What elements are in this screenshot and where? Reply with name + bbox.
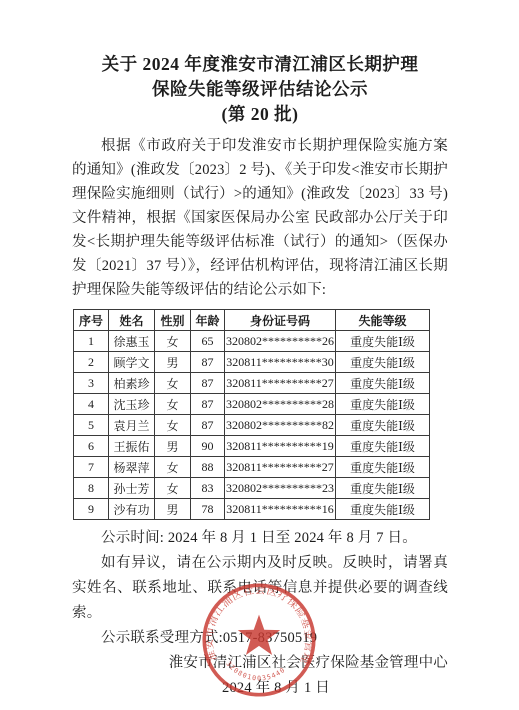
cell-level: 重度失能Ⅰ级 <box>336 436 430 457</box>
cell-level: 重度失能Ⅰ级 <box>336 478 430 499</box>
cell-name: 袁月兰 <box>109 415 155 436</box>
table-row: 2 顾学文 男 87 320811**********30 重度失能Ⅰ级 <box>74 352 430 373</box>
cell-level: 重度失能Ⅰ级 <box>336 373 430 394</box>
cell-seq: 9 <box>74 499 109 520</box>
header-level: 失能等级 <box>336 310 430 331</box>
cell-id: 320802**********82 <box>225 415 336 436</box>
objection-paragraph: 如有异议，请在公示期内及时反映。反映时，请署真实姓名、联系地址、联系电话等信息并… <box>72 551 448 626</box>
document-title: 关于 2024 年度淮安市清江浦区长期护理 保险失能等级评估结论公示 (第 20… <box>72 52 448 127</box>
document-page: 关于 2024 年度淮安市清江浦区长期护理 保险失能等级评估结论公示 (第 20… <box>0 0 519 710</box>
cell-age: 90 <box>191 436 225 457</box>
cell-id: 320811**********19 <box>225 436 336 457</box>
cell-seq: 1 <box>74 331 109 352</box>
cell-name: 孙士芳 <box>109 478 155 499</box>
cell-id: 320811**********30 <box>225 352 336 373</box>
cell-name: 沙有功 <box>109 499 155 520</box>
header-name: 姓名 <box>109 310 155 331</box>
cell-name: 沈玉珍 <box>109 394 155 415</box>
header-seq: 序号 <box>74 310 109 331</box>
table-row: 6 王振佑 男 90 320811**********19 重度失能Ⅰ级 <box>74 436 430 457</box>
cell-gender: 女 <box>155 331 191 352</box>
cell-age: 87 <box>191 373 225 394</box>
cell-gender: 女 <box>155 457 191 478</box>
table-row: 5 袁月兰 女 87 320802**********82 重度失能Ⅰ级 <box>74 415 430 436</box>
contact-line: 公示联系受理方式:0517-83750519 <box>72 626 448 651</box>
header-gender: 性别 <box>155 310 191 331</box>
cell-gender: 男 <box>155 499 191 520</box>
table-row: 7 杨翠萍 女 88 320811**********27 重度失能Ⅰ级 <box>74 457 430 478</box>
cell-id: 320802**********26 <box>225 331 336 352</box>
cell-seq: 8 <box>74 478 109 499</box>
cell-level: 重度失能Ⅰ级 <box>336 415 430 436</box>
cell-gender: 男 <box>155 436 191 457</box>
cell-id: 320802**********23 <box>225 478 336 499</box>
table-row: 4 沈玉珍 女 87 320802**********28 重度失能Ⅰ级 <box>74 394 430 415</box>
cell-gender: 女 <box>155 394 191 415</box>
cell-age: 87 <box>191 352 225 373</box>
cell-gender: 女 <box>155 478 191 499</box>
cell-seq: 6 <box>74 436 109 457</box>
cell-name: 王振佑 <box>109 436 155 457</box>
cell-gender: 女 <box>155 415 191 436</box>
cell-id: 320811**********16 <box>225 499 336 520</box>
header-id: 身份证号码 <box>225 310 336 331</box>
cell-seq: 7 <box>74 457 109 478</box>
table-header-row: 序号 姓名 性别 年龄 身份证号码 失能等级 <box>74 310 430 331</box>
intro-paragraph: 根据《市政府关于印发淮安市长期护理保险实施方案的通知》(淮政发〔2023〕2 号… <box>72 134 448 302</box>
cell-age: 87 <box>191 394 225 415</box>
cell-name: 杨翠萍 <box>109 457 155 478</box>
cell-level: 重度失能Ⅰ级 <box>336 499 430 520</box>
cell-age: 78 <box>191 499 225 520</box>
cell-name: 徐惠玉 <box>109 331 155 352</box>
cell-name: 顾学文 <box>109 352 155 373</box>
header-age: 年龄 <box>191 310 225 331</box>
table-row: 1 徐惠玉 女 65 320802**********26 重度失能Ⅰ级 <box>74 331 430 352</box>
title-line-3: (第 20 批) <box>72 102 448 127</box>
cell-level: 重度失能Ⅰ级 <box>336 331 430 352</box>
cell-name: 柏素珍 <box>109 373 155 394</box>
cell-age: 65 <box>191 331 225 352</box>
cell-age: 88 <box>191 457 225 478</box>
table-row: 3 柏素珍 女 87 320811**********27 重度失能Ⅰ级 <box>74 373 430 394</box>
cell-id: 320811**********27 <box>225 373 336 394</box>
cell-level: 重度失能Ⅰ级 <box>336 457 430 478</box>
cell-seq: 2 <box>74 352 109 373</box>
cell-level: 重度失能Ⅰ级 <box>336 394 430 415</box>
title-line-1: 关于 2024 年度淮安市清江浦区长期护理 <box>72 52 448 77</box>
issuing-org-line: 淮安市清江浦区社会医疗保险基金管理中心 <box>72 651 448 676</box>
cell-id: 320811**********27 <box>225 457 336 478</box>
table-row: 8 孙士芳 女 83 320802**********23 重度失能Ⅰ级 <box>74 478 430 499</box>
cell-level: 重度失能Ⅰ级 <box>336 352 430 373</box>
cell-seq: 4 <box>74 394 109 415</box>
assessment-results-table: 序号 姓名 性别 年龄 身份证号码 失能等级 1 徐惠玉 女 65 320802… <box>73 309 430 520</box>
notice-time-line: 公示时间: 2024 年 8 月 1 日至 2024 年 8 月 7 日。 <box>72 526 448 551</box>
cell-gender: 女 <box>155 373 191 394</box>
cell-gender: 男 <box>155 352 191 373</box>
cell-seq: 3 <box>74 373 109 394</box>
issue-date-line: 2024 年 8 月 1 日 <box>72 676 448 701</box>
cell-age: 83 <box>191 478 225 499</box>
cell-age: 87 <box>191 415 225 436</box>
cell-seq: 5 <box>74 415 109 436</box>
table-row: 9 沙有功 男 78 320811**********16 重度失能Ⅰ级 <box>74 499 430 520</box>
cell-id: 320802**********28 <box>225 394 336 415</box>
title-line-2: 保险失能等级评估结论公示 <box>72 77 448 102</box>
